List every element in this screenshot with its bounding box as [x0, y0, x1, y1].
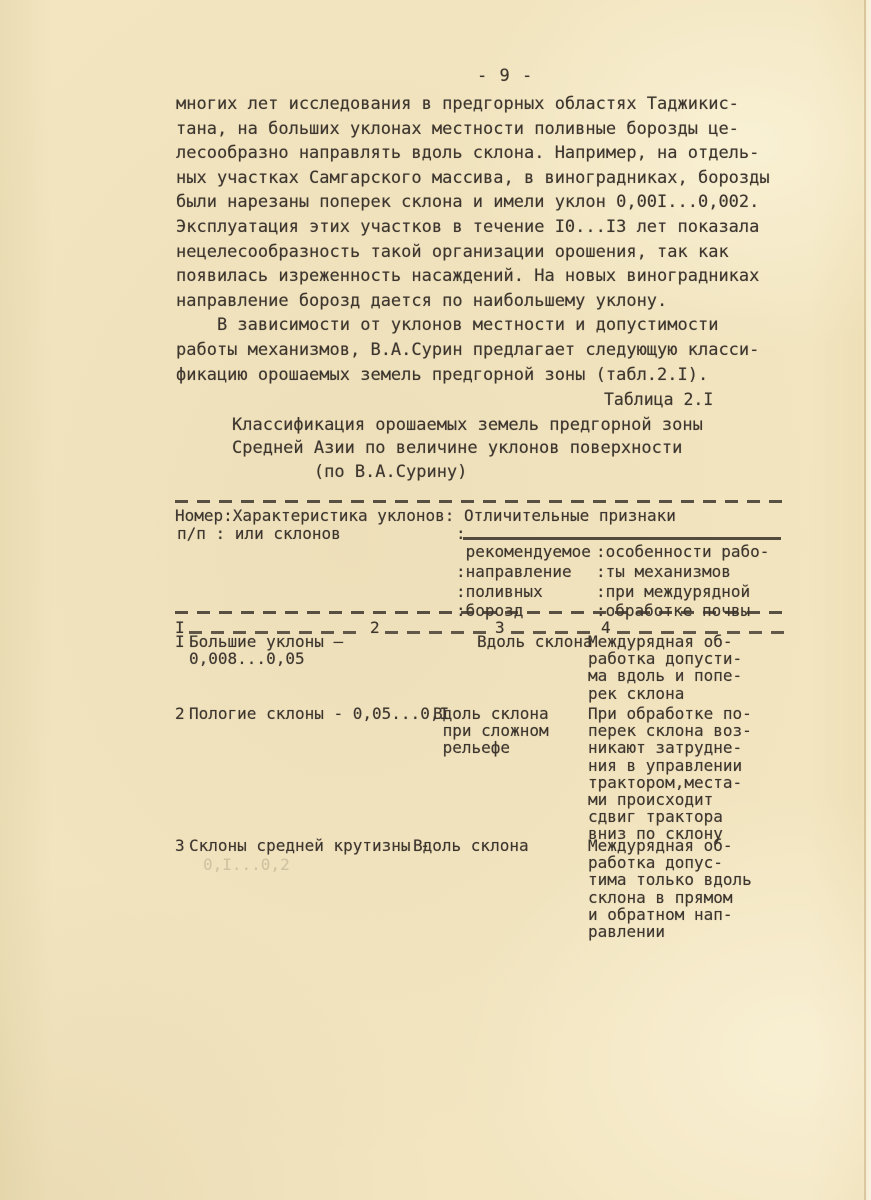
- table-header-colon: :: [456, 524, 466, 543]
- row3-direction: Вдоль склона: [413, 837, 529, 854]
- table-header-border: [175, 611, 785, 614]
- row1-number: I: [175, 633, 185, 650]
- table-caption: Таблица 2.I: [604, 390, 713, 409]
- row1-direction: Вдоль склона: [477, 633, 593, 650]
- table-top-border: [175, 500, 783, 503]
- table-header-line2: п/п : или склонов: [177, 524, 341, 543]
- row2-number: 2: [175, 705, 185, 722]
- page-number: - 9 -: [477, 66, 533, 86]
- table-title: Классификация орошаемых земель предгорно…: [232, 414, 703, 484]
- table-header-underline: [463, 537, 781, 540]
- row3-features: Междурядная об-работка допус-тима только…: [588, 837, 752, 940]
- row3-faint-note: 0,I...0,2: [203, 856, 290, 873]
- row3-characteristic: Склоны средней крутизны -: [189, 837, 430, 854]
- header-col3-sublines: рекомендуемое:направление:поливных:бороз…: [456, 542, 591, 621]
- page-edge-strip: [866, 0, 871, 1200]
- col-number-2: 2: [370, 618, 380, 637]
- table-header-line1: Номер:Характеристика уклонов: Отличитель…: [175, 506, 676, 525]
- header-col4-sublines: :особенности рабо-:ты механизмов:при меж…: [596, 542, 769, 621]
- scanned-page: - 9 - многих лет исследования в предгорн…: [0, 0, 871, 1200]
- body-paragraphs: многих лет исследования в предгорных обл…: [176, 92, 770, 387]
- row2-features: При обработке по-перек склона воз-никают…: [588, 705, 752, 843]
- row3-number: 3: [175, 837, 185, 854]
- row2-characteristic: Пологие склоны - 0,05...0,I: [189, 705, 449, 722]
- row1-characteristic: Большие уклоны —0,008...0,05: [189, 633, 343, 667]
- dash-segment: [385, 631, 490, 634]
- row1-features: Междурядная об-работка допусти-ма вдоль …: [588, 633, 742, 702]
- row2-direction: Вдоль склона при сложном рельефе: [433, 705, 549, 757]
